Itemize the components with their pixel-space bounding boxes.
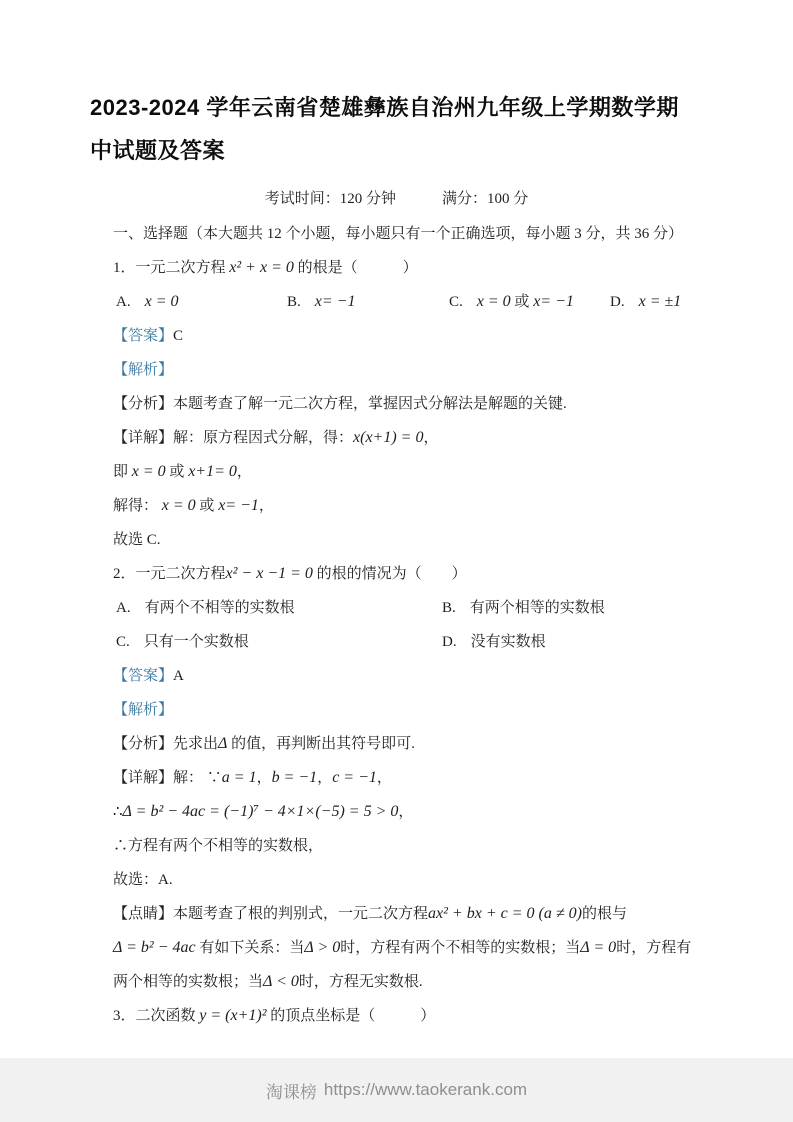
solution-line-q2-2: ∴Δ = b² − 4ac = (−1)⁷ − 4×1×(−5) = 5 > 0…	[113, 795, 723, 829]
text-run: ，	[237, 464, 252, 480]
math-expression: Δ = b² − 4ac = (−1)⁷ − 4×1×(−5) = 5 > 0	[123, 803, 399, 820]
analysis-header-q1: 【解析】	[113, 353, 723, 387]
option-b: B.有两个相等的实数根	[442, 591, 723, 625]
text-run: 没有实数根	[471, 634, 546, 650]
full-score: 满分：100 分	[442, 185, 528, 213]
question-2-options-row1: A.有两个不相等的实数根B.有两个相等的实数根	[113, 591, 723, 625]
text-run: 即	[113, 464, 132, 480]
math-expression: x² + x = 0	[229, 259, 294, 276]
answer-line-q2: 【答案】A	[113, 659, 723, 693]
footer-url: https://www.taokerank.com	[324, 1080, 527, 1100]
question-2-options-row2: C.只有一个实数根D.没有实数根	[113, 625, 723, 659]
text-run: ，	[317, 770, 332, 786]
option-letter: A.	[116, 294, 131, 310]
text-run: 解得：	[113, 498, 162, 514]
text-run: ∴方程有两个不相等的实数根，	[113, 838, 323, 854]
solution-line-q2-4: 故选：A.	[113, 863, 723, 897]
text-run: ，	[377, 770, 392, 786]
content-blocks: 一、选择题（本大题共 12 个小题，每小题只有一个正确选项，每小题 3 分，共 …	[113, 217, 723, 1033]
math-expression: c = −1	[332, 769, 377, 786]
math-expression: ax² + bx + c = 0 (a ≠ 0)	[428, 905, 582, 922]
text-run: A	[173, 668, 184, 684]
math-expression: a = 1	[222, 769, 257, 786]
remark-line-q2-3: 两个相等的实数根；当Δ < 0时，方程无实数根.	[113, 965, 723, 999]
text-run: 或	[196, 498, 219, 514]
analysis-header-q2: 【解析】	[113, 693, 723, 727]
option-d: D.没有实数根	[442, 625, 723, 659]
text-run: 只有一个实数根	[144, 634, 249, 650]
text-run: 【详解】解：原方程因式分解，得：	[113, 430, 353, 446]
math-expression: x = 0	[132, 463, 166, 480]
option-letter: A.	[116, 600, 131, 616]
option-a: A.x = 0	[116, 285, 287, 319]
solution-line-q1-3: 解得： x = 0 或 x= −1，	[113, 489, 723, 523]
text-run: 或	[511, 294, 534, 310]
document-title-line2: 中试题及答案	[90, 129, 709, 172]
math-expression: x= −1	[315, 293, 356, 310]
text-run: 的根是（ ）	[294, 260, 418, 276]
text-run: ，	[398, 804, 413, 820]
math-expression: y = (x+1)²	[199, 1007, 266, 1024]
math-expression: x = 0	[145, 293, 179, 310]
text-run: 时，方程有	[616, 940, 691, 956]
text-run: C	[173, 328, 183, 344]
text-run: 【详解】解： ∵	[113, 770, 222, 786]
bracket-label: 【答案】	[113, 328, 173, 344]
text-run: 有如下关系：当	[196, 940, 305, 956]
text-run: 【点睛】本题考查了根的判别式，一元二次方程	[113, 906, 428, 922]
math-expression: x(x+1) = 0	[353, 429, 423, 446]
remark-line-q2-2: Δ = b² − 4ac 有如下关系：当Δ > 0时，方程有两个不相等的实数根；…	[113, 931, 723, 965]
text-run: ，	[259, 498, 274, 514]
answer-line-q1: 【答案】C	[113, 319, 723, 353]
page-footer: 淘课榜 https://www.taokerank.com	[0, 1058, 793, 1122]
text-run: 2．一元二次方程	[113, 566, 226, 582]
bracket-label: 【答案】	[113, 668, 173, 684]
text-run: ∴	[113, 804, 123, 820]
math-expression: Δ > 0	[304, 939, 340, 956]
text-run: 有两个相等的实数根	[470, 600, 605, 616]
exam-time: 考试时间：120 分钟	[265, 185, 396, 213]
solution-line-q2-1: 【详解】解： ∵a = 1，b = −1，c = −1，	[113, 761, 723, 795]
option-c: C.只有一个实数根	[116, 625, 442, 659]
text-run: 有两个不相等的实数根	[145, 600, 295, 616]
option-b: B.x= −1	[287, 285, 449, 319]
solution-line-q1-2: 即 x = 0 或 x+1= 0，	[113, 455, 723, 489]
exam-info: 考试时间：120 分钟 满分：100 分	[0, 185, 793, 213]
solution-line-q2-3: ∴方程有两个不相等的实数根，	[113, 829, 723, 863]
remark-line-q2-1: 【点睛】本题考查了根的判别式，一元二次方程ax² + bx + c = 0 (a…	[113, 897, 723, 931]
math-expression: Δ = b² − 4ac	[113, 939, 196, 956]
text-run: 1．一元二次方程	[113, 260, 229, 276]
text-run: 故选 C.	[113, 532, 161, 548]
text-run: 时，方程无实数根.	[299, 974, 423, 990]
text-run: 时，方程有两个不相等的实数根；当	[340, 940, 580, 956]
question-1: 1．一元二次方程 x² + x = 0 的根是（ ）	[113, 251, 723, 285]
math-expression: x = 0	[477, 293, 511, 310]
math-expression: x² − x −1 = 0	[226, 565, 313, 582]
text-run: 的根的情况为（ ）	[313, 566, 467, 582]
text-run: 的值，再判断出其符号即可.	[227, 736, 415, 752]
question-3: 3．二次函数 y = (x+1)² 的顶点坐标是（ ）	[113, 999, 723, 1033]
document-page: 2023-2024 学年云南省楚雄彝族自治州九年级上学期数学期 中试题及答案 考…	[0, 0, 793, 1122]
analysis-line-q1: 【分析】本题考查了解一元二次方程，掌握因式分解法是解题的关键.	[113, 387, 723, 421]
math-expression: x = ±1	[639, 293, 682, 310]
text-run: ，	[423, 430, 438, 446]
analysis-line-q2: 【分析】先求出Δ 的值，再判断出其符号即可.	[113, 727, 723, 761]
math-expression: x = 0	[162, 497, 196, 514]
text-run: 故选：A.	[113, 872, 173, 888]
text-run: 【分析】本题考查了解一元二次方程，掌握因式分解法是解题的关键.	[113, 396, 567, 412]
option-letter: C.	[116, 634, 130, 650]
option-a: A.有两个不相等的实数根	[116, 591, 442, 625]
text-run: 或	[166, 464, 189, 480]
text-run: 的根与	[582, 906, 627, 922]
section-header-choice: 一、选择题（本大题共 12 个小题，每小题只有一个正确选项，每小题 3 分，共 …	[113, 217, 723, 251]
solution-line-q1-4: 故选 C.	[113, 523, 723, 557]
footer-site-name: 淘课榜	[266, 1078, 317, 1103]
math-expression: Δ < 0	[263, 973, 299, 990]
document-title: 2023-2024 学年云南省楚雄彝族自治州九年级上学期数学期 中试题及答案	[90, 86, 709, 172]
math-expression: x= −1	[533, 293, 574, 310]
text-run: 3．二次函数	[113, 1008, 199, 1024]
math-expression: Δ	[218, 735, 227, 752]
solution-line-q1-1: 【详解】解：原方程因式分解，得：x(x+1) = 0，	[113, 421, 723, 455]
math-expression: Δ = 0	[580, 939, 616, 956]
math-expression: x+1= 0	[188, 463, 237, 480]
text-run: ，	[257, 770, 272, 786]
question-2: 2．一元二次方程x² − x −1 = 0 的根的情况为（ ）	[113, 557, 723, 591]
option-letter: C.	[449, 294, 463, 310]
text-run: 两个相等的实数根；当	[113, 974, 263, 990]
option-d: D.x = ±1	[610, 285, 723, 319]
question-1-options: A.x = 0B.x= −1C.x = 0 或 x= −1D.x = ±1	[113, 285, 723, 319]
bracket-label: 【解析】	[113, 362, 173, 378]
option-letter: D.	[610, 294, 625, 310]
text-run: 的顶点坐标是（ ）	[267, 1008, 436, 1024]
math-expression: x= −1	[218, 497, 259, 514]
text-run: 【分析】先求出	[113, 736, 218, 752]
math-expression: b = −1	[272, 769, 318, 786]
option-letter: B.	[287, 294, 301, 310]
option-c: C.x = 0 或 x= −1	[449, 285, 610, 319]
option-letter: B.	[442, 600, 456, 616]
text-run: 一、选择题（本大题共 12 个小题，每小题只有一个正确选项，每小题 3 分，共 …	[113, 226, 683, 242]
bracket-label: 【解析】	[113, 702, 173, 718]
option-letter: D.	[442, 634, 457, 650]
document-title-line1: 2023-2024 学年云南省楚雄彝族自治州九年级上学期数学期	[90, 86, 709, 129]
